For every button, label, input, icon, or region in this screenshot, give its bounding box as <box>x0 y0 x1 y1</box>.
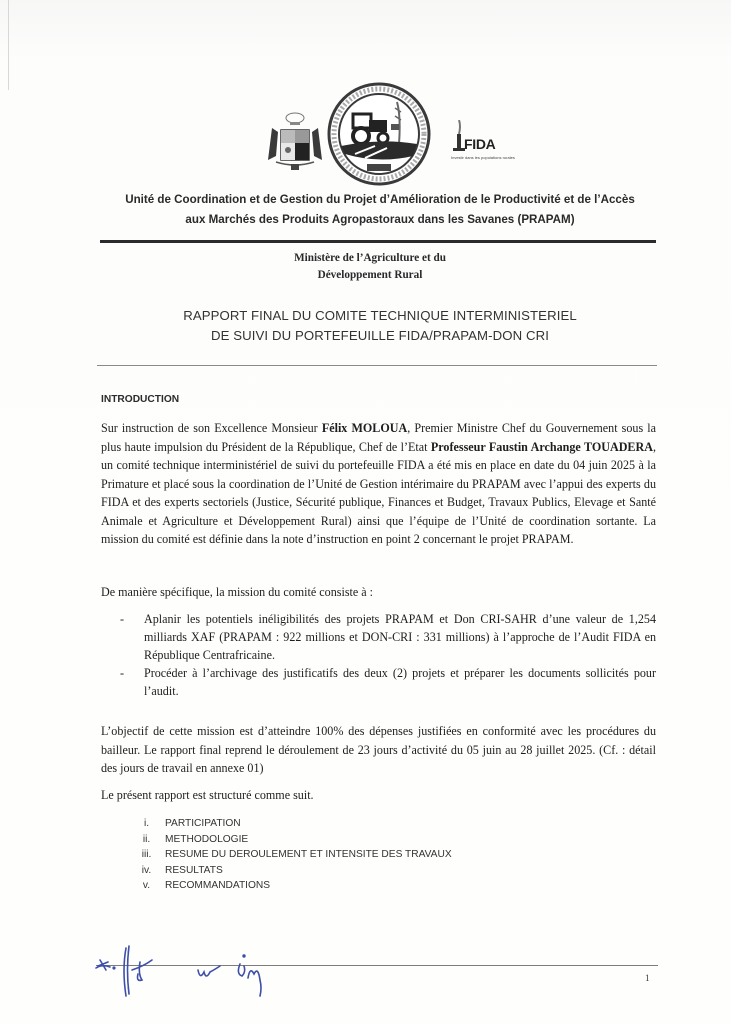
intro-paragraph-3: L’objectif de cette mission est d’attein… <box>101 722 656 778</box>
report-title-line-1: RAPPORT FINAL DU COMITE TECHNIQUE INTERM… <box>110 306 650 326</box>
section-heading-introduction: INTRODUCTION <box>101 394 179 405</box>
toc-number: i. <box>128 816 165 832</box>
toc-number: iv. <box>128 863 165 879</box>
title-divider <box>97 365 657 366</box>
header-logos: FIDA Investir dans les populations rural… <box>0 82 731 182</box>
coat-of-arms-icon <box>266 110 324 174</box>
organization-header: Unité de Coordination et de Gestion du P… <box>100 190 660 230</box>
prapam-tractor-seal-icon <box>325 82 433 186</box>
toc-number: v. <box>128 878 165 894</box>
bullet-text: Aplanir les potentiels inéligibilités de… <box>144 612 656 662</box>
mission-bullet: -Aplanir les potentiels inéligibilités d… <box>120 610 656 664</box>
text-run: , un comité technique interministériel d… <box>101 440 656 547</box>
mission-bullet-list: -Aplanir les potentiels inéligibilités d… <box>120 610 656 700</box>
fida-logo: FIDA Investir dans les populations rural… <box>448 120 534 170</box>
organization-line-2: aux Marchés des Produits Agropastoraux d… <box>100 210 660 230</box>
president-name: Professeur Faustin Archange TOUADERA <box>431 440 653 454</box>
toc-item: ii.METHODOLOGIE <box>128 832 608 848</box>
bullet-marker: - <box>120 664 124 682</box>
toc-label: METHODOLOGIE <box>165 832 248 848</box>
ministry-name: Ministère de l’Agriculture et du Dévelop… <box>150 250 590 284</box>
fida-wordmark: FIDA <box>464 136 495 152</box>
report-structure-list: i.PARTICIPATION ii.METHODOLOGIE iii.RESU… <box>128 816 608 894</box>
ministry-line-2: Développement Rural <box>150 267 590 284</box>
prime-minister-name: Félix MOLOUA <box>322 421 407 435</box>
intro-paragraph-1: Sur instruction de son Excellence Monsie… <box>101 419 656 549</box>
bullet-text: Procéder à l’archivage des justificatifs… <box>144 666 656 698</box>
handwritten-initials-icon <box>88 940 328 1022</box>
page-number: 1 <box>645 973 650 983</box>
scan-edge <box>8 0 9 90</box>
report-title: RAPPORT FINAL DU COMITE TECHNIQUE INTERM… <box>110 306 650 346</box>
toc-label: PARTICIPATION <box>165 816 241 832</box>
toc-item: iii.RESUME DU DEROULEMENT ET INTENSITE D… <box>128 847 608 863</box>
toc-item: v.RECOMMANDATIONS <box>128 878 608 894</box>
toc-number: ii. <box>128 832 165 848</box>
intro-paragraph-2: De manière spécifique, la mission du com… <box>101 583 656 602</box>
toc-number: iii. <box>128 847 165 863</box>
toc-item: iv.RESULTATS <box>128 863 608 879</box>
ministry-line-1: Ministère de l’Agriculture et du <box>150 250 590 267</box>
intro-paragraph-4: Le présent rapport est structuré comme s… <box>101 786 656 805</box>
text-run: Sur instruction de son Excellence Monsie… <box>101 421 322 435</box>
organization-line-1: Unité de Coordination et de Gestion du P… <box>100 190 660 210</box>
header-divider <box>100 240 656 243</box>
document-page: FIDA Investir dans les populations rural… <box>0 0 731 1024</box>
toc-item: i.PARTICIPATION <box>128 816 608 832</box>
toc-label: RESUME DU DEROULEMENT ET INTENSITE DES T… <box>165 847 452 863</box>
toc-label: RESULTATS <box>165 863 223 879</box>
fida-tagline: Investir dans les populations rurales <box>451 155 515 160</box>
bullet-marker: - <box>120 610 124 628</box>
toc-label: RECOMMANDATIONS <box>165 878 270 894</box>
report-title-line-2: DE SUIVI DU PORTEFEUILLE FIDA/PRAPAM-DON… <box>110 326 650 346</box>
mission-bullet: -Procéder à l’archivage des justificatif… <box>120 664 656 700</box>
